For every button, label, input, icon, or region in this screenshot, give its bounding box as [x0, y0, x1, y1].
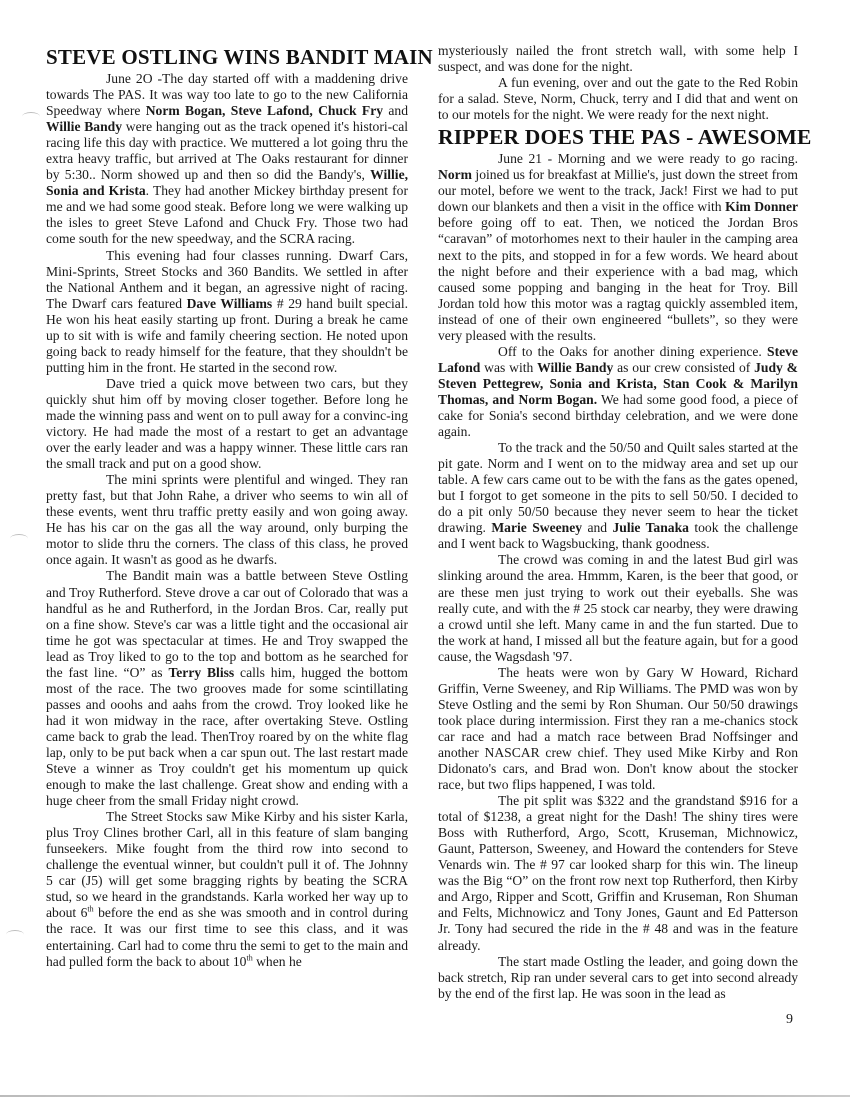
- text-run: and: [582, 520, 612, 535]
- left-column: STEVE OSTLING WINS BANDIT MAIN June 2O -…: [46, 43, 408, 970]
- right-column: mysteriously nailed the front stretch wa…: [438, 43, 798, 1002]
- article-paragraph: The crowd was coming in and the latest B…: [438, 552, 798, 664]
- text-run: The mini sprints were plentiful and wing…: [46, 472, 408, 567]
- text-run: when he: [253, 954, 302, 969]
- text-run: The Street Stocks saw Mike Kirby and his…: [46, 809, 408, 920]
- article-paragraph: The Bandit main was a battle between Ste…: [46, 568, 408, 809]
- scan-margin-mark: [10, 534, 28, 543]
- article-headline-bandit-main: STEVE OSTLING WINS BANDIT MAIN: [46, 45, 408, 69]
- bold-name-run: Julie Tanaka: [613, 520, 689, 535]
- right-column-continuation: mysteriously nailed the front stretch wa…: [438, 43, 798, 123]
- text-run: The crowd was coming in and the latest B…: [438, 552, 798, 663]
- article-paragraph: The mini sprints were plentiful and wing…: [46, 472, 408, 568]
- text-run: before going off to eat. Then, we notice…: [438, 215, 798, 342]
- left-column-body: June 2O -The day started off with a madd…: [46, 71, 408, 970]
- text-run: as our crew consisted of: [613, 360, 754, 375]
- bold-name-run: Norm Bogan, Steve Lafond, Chuck Fry: [146, 103, 383, 118]
- article-paragraph: A fun evening, over and out the gate to …: [438, 75, 798, 123]
- text-run: Off to the Oaks for another dining exper…: [498, 344, 767, 359]
- text-run: June 21 - Morning and we were ready to g…: [498, 151, 798, 166]
- article-paragraph: This evening had four classes running. D…: [46, 248, 408, 376]
- article-paragraph: Dave tried a quick move between two cars…: [46, 376, 408, 472]
- page-bottom-edge: [0, 1095, 850, 1097]
- text-run: mysteriously nailed the front stretch wa…: [438, 43, 798, 74]
- bold-name-run: Norm: [438, 167, 472, 182]
- article-paragraph: Off to the Oaks for another dining exper…: [438, 344, 798, 440]
- bold-name-run: Kim Donner: [725, 199, 798, 214]
- text-run: The pit split was $322 and the grandstan…: [438, 793, 798, 952]
- text-run: The heats were won by Gary W Howard, Ric…: [438, 665, 798, 792]
- bold-name-run: Willie Bandy: [46, 119, 122, 134]
- article-paragraph: June 2O -The day started off with a madd…: [46, 71, 408, 248]
- bold-name-run: Marie Sweeney: [491, 520, 582, 535]
- text-run: Dave tried a quick move between two cars…: [46, 376, 408, 471]
- scan-margin-mark: [22, 112, 40, 121]
- page-number: 9: [786, 1012, 793, 1028]
- article-paragraph: The pit split was $322 and the grandstan…: [438, 793, 798, 953]
- article-paragraph: mysteriously nailed the front stretch wa…: [438, 43, 798, 75]
- bold-name-run: Dave Williams: [187, 296, 273, 311]
- scan-margin-mark: [6, 930, 24, 939]
- bold-name-run: Terry Bliss: [168, 665, 234, 680]
- article-paragraph: To the track and the 50/50 and Quilt sal…: [438, 440, 798, 552]
- article-paragraph: The Street Stocks saw Mike Kirby and his…: [46, 809, 408, 969]
- text-run: and: [383, 103, 408, 118]
- newsletter-page: STEVE OSTLING WINS BANDIT MAIN June 2O -…: [0, 0, 850, 1100]
- text-run: was with: [480, 360, 537, 375]
- article-paragraph: June 21 - Morning and we were ready to g…: [438, 151, 798, 344]
- right-column-body: June 21 - Morning and we were ready to g…: [438, 151, 798, 1001]
- article-paragraph: The start made Ostling the leader, and g…: [438, 954, 798, 1002]
- bold-name-run: Willie Bandy: [537, 360, 613, 375]
- text-run: before the end as she was smooth and in …: [46, 905, 408, 968]
- article-paragraph: The heats were won by Gary W Howard, Ric…: [438, 665, 798, 793]
- text-run: The Bandit main was a battle between Ste…: [46, 568, 408, 679]
- text-run: A fun evening, over and out the gate to …: [438, 75, 798, 122]
- article-headline-ripper-does-the-pas: RIPPER DOES THE PAS - AWESOME: [438, 125, 798, 149]
- text-run: calls him, hugged the bottom most of the…: [46, 665, 408, 808]
- text-run: The start made Ostling the leader, and g…: [438, 954, 798, 1001]
